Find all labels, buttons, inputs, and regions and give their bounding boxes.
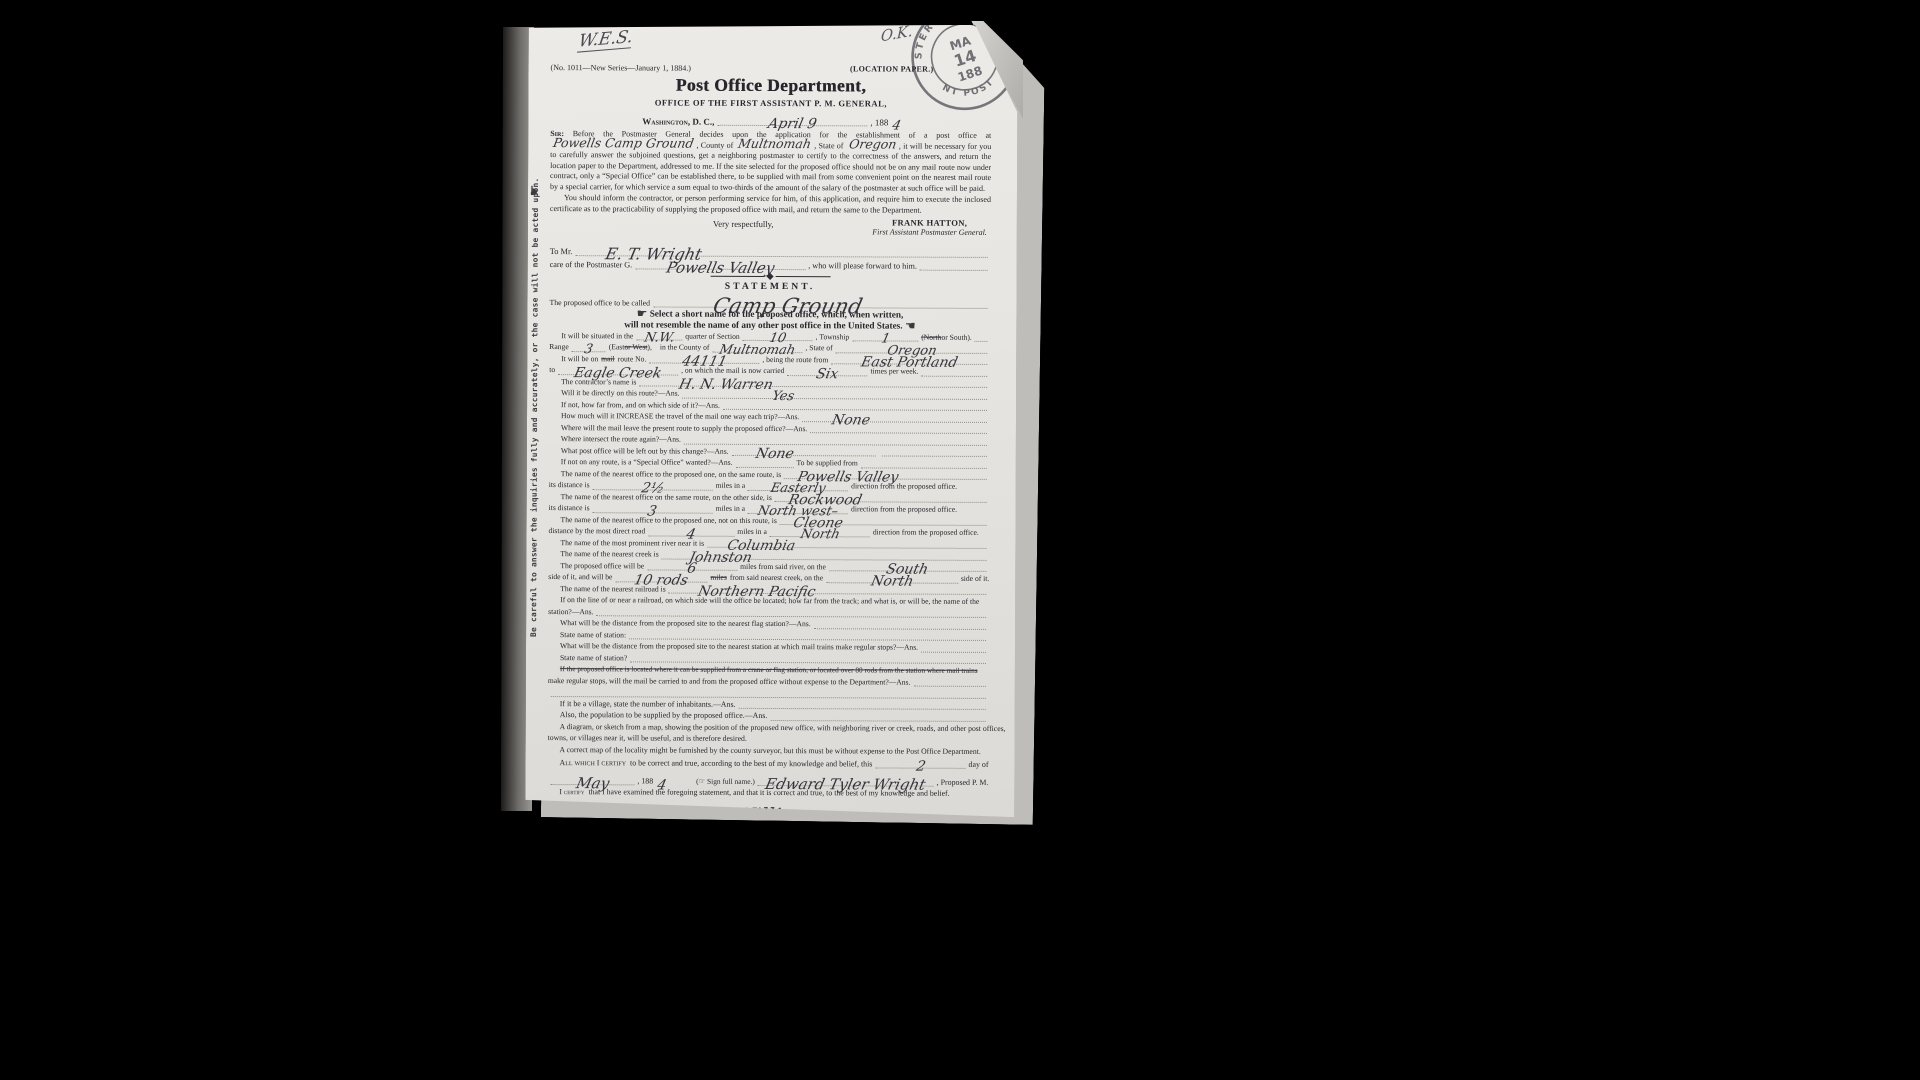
answer-slot: South (829, 561, 986, 572)
printed-text-struck: mail (598, 353, 615, 364)
margin-warning-note: Be careful to answer the inquiries fully… (529, 219, 540, 637)
answer-slot: East Portland (831, 354, 987, 365)
printed-text: The name of the most prominent river nea… (548, 537, 704, 549)
printed-text: its distance is (549, 502, 590, 513)
printed-text: Where intersect the route again?—Ans. (549, 433, 681, 445)
printed-text: quarter of Section (685, 331, 739, 342)
over-row: (OVER.) (547, 847, 988, 862)
over-label: (OVER.) (879, 850, 913, 861)
answer-slot: 44111 (649, 354, 759, 364)
handwritten-pm-signature: Edward Tyler Wright (766, 784, 926, 785)
printed-text: direction from the proposed office. (873, 527, 979, 539)
handwritten-answer: Northern Pacific (699, 592, 816, 593)
spacer (694, 62, 847, 72)
printed-text: miles in a (737, 526, 767, 537)
certify-line: All which I certify to be correct and tr… (547, 755, 988, 770)
printed-text: Also, the population to be supplied by t… (548, 709, 768, 721)
printed-text: (East (609, 342, 625, 353)
dotted-line (920, 261, 988, 271)
answer-slot: Rockwood (775, 492, 987, 503)
answer-slot: 4 (648, 526, 734, 536)
care-suffix: , who will please forward to him. (808, 260, 917, 272)
dotted-line (630, 652, 986, 664)
printed-text: What will be the distance from the propo… (548, 617, 811, 629)
printed-text: miles from said river, on the (740, 561, 826, 573)
answer-slot: Easterly (748, 480, 848, 490)
dotted-line (913, 677, 985, 687)
answer-slot: Northern Pacific (669, 584, 987, 595)
addressee-line: To Mr. E. T. Wright (550, 241, 991, 259)
scanned-document-view: W.E.S. O.K. STER GENERAL NT POST MA 14 1… (0, 0, 1920, 1080)
date-slot: April 9 (717, 116, 867, 127)
printed-text: its distance is (549, 479, 590, 490)
answer-slot (736, 457, 794, 467)
dotted-line (738, 699, 985, 710)
addressee-slot: E. T. Wright (575, 246, 987, 258)
signer-title: First Assistant Postmaster General. (872, 227, 987, 236)
printed-text: , State of (805, 343, 832, 354)
handwritten-proposed-name: Camp Ground (713, 306, 862, 307)
answer-slot: Eagle Creek (558, 365, 678, 376)
dotted-line (882, 447, 987, 457)
dotted-line (597, 606, 987, 618)
printed-text: to (549, 364, 555, 375)
printed-text: If not on any route, is a “Special Offic… (549, 456, 733, 468)
signer-block: FRANK HATTON, First Assistant Postmaster… (872, 217, 987, 236)
dotted-line (551, 687, 986, 699)
dotted-line (975, 332, 988, 342)
printed-text: The name of the nearest office to the pr… (549, 468, 781, 480)
signer-name: FRANK HATTON, (872, 217, 987, 227)
witness-state-slot: Oregon (805, 837, 985, 848)
form-line-route-to: to Eagle Creek , on which the mail is no… (549, 364, 990, 377)
dotted-line (770, 711, 985, 722)
printed-text: How much will it INCREASE the travel of … (549, 410, 799, 422)
answer-slot: 6 (647, 561, 737, 571)
month-slot: May (550, 775, 634, 785)
answer-slot: Johnston (662, 549, 987, 560)
series-note: (No. 1011—New Series—January 1, 1884.) (551, 63, 691, 73)
printed-text: The name of the nearest creek is (548, 548, 658, 560)
printed-text-struck: miles (710, 572, 727, 583)
dotted-line (723, 400, 987, 411)
office-subtitle: OFFICE OF THE FIRST ASSISTANT P. M. GENE… (550, 97, 991, 109)
location-paper-label: (LOCATION PAPER.) (850, 64, 934, 73)
printed-text: A correct map of the locality might be f… (548, 744, 981, 757)
handwritten-witness-office: Powells Valley (750, 830, 865, 831)
printed-text: or South). (941, 332, 971, 343)
answer-slot: None (802, 412, 987, 423)
dotted-line (629, 629, 986, 641)
printed-text: It will be situated in the (549, 330, 633, 342)
printed-text: If it be a village, state the number of … (548, 698, 736, 710)
very-respectfully: Very respectfully, (713, 219, 774, 229)
answer-slot: 10 (743, 331, 813, 341)
postmaster-at-label: Postmaster at (702, 821, 737, 832)
answer-slot: H. N. Warren (639, 377, 987, 389)
place-label: Washington, D. C., (642, 116, 714, 126)
answer-slot: N.W. (636, 331, 682, 341)
printed-text: , 188 (637, 775, 653, 786)
printed-text: Will it be directly on this route?—Ans. (549, 387, 679, 399)
printed-text: to be correct and true, according to the… (630, 757, 872, 769)
answer-slot: None (732, 446, 876, 457)
witness-state-row: Oregon (547, 832, 988, 849)
dotted-line (921, 642, 986, 652)
printed-text: day of (969, 759, 989, 770)
form-number-row: (No. 1011—New Series—January 1, 1884.) (… (551, 61, 992, 74)
answer-slot: Powells Valley (784, 469, 987, 480)
printed-text: direction from the proposed office. (851, 504, 957, 516)
printed-text: If not, how far from, and on which side … (549, 399, 720, 411)
care-slot: Powells Valley (635, 259, 805, 270)
answer-slot: Cleone (780, 515, 987, 526)
printed-text: The proposed office will be (548, 560, 644, 572)
printed-text: make regular stops, will the mail be car… (548, 675, 911, 688)
location-paper-page: W.E.S. O.K. STER GENERAL NT POST MA 14 1… (525, 23, 1017, 817)
dotted-line (921, 366, 987, 376)
select-note-line2: will not resemble the name of any other … (624, 319, 902, 330)
pointing-hand-left-icon: ☚ (905, 318, 916, 332)
to-label: To Mr. (550, 246, 573, 257)
intro-text-2: , County of (697, 140, 734, 149)
answer-slot: 3 (593, 503, 713, 514)
answer-slot: 2½ (593, 480, 713, 491)
dotted-line (814, 619, 987, 630)
answer-slot: Oregon (836, 343, 988, 354)
printed-text: State name of station: (548, 629, 626, 641)
printed-text: Range (549, 341, 568, 352)
answer-slot: 10 rods (615, 572, 707, 582)
answer-slot: Multnomah (712, 342, 802, 352)
answer-slot: 1 (852, 331, 918, 341)
department-title: Post Office Department, (550, 74, 991, 97)
printed-text: , Proposed P. M. (937, 777, 989, 788)
printed-text: miles in a (716, 503, 746, 514)
answer-slot: North (826, 573, 958, 584)
printed-text: from said nearest creek, on the (727, 572, 823, 584)
dotted-line (684, 434, 987, 445)
handwritten-office-name: Powells Camp Ground (550, 143, 696, 144)
called-label: The proposed office to be called (549, 297, 650, 309)
form-content: (No. 1011—New Series—January 1, 1884.) (… (547, 27, 992, 862)
printed-text: The name of the nearest office to the pr… (549, 514, 777, 526)
printed-text: side of it, and will be (548, 571, 612, 582)
printed-text: All which I certify (547, 757, 626, 769)
dotted-line (810, 423, 987, 434)
answer-slot: North (770, 527, 870, 537)
pm-signature-slot: Edward Tyler Wright (758, 776, 934, 787)
printed-text: State name of station? (548, 652, 627, 664)
printed-text: Where will the mail leave the present ro… (549, 422, 807, 434)
printed-text: towns, or villages near it, will be usef… (548, 732, 747, 744)
answer-slot: 3 (572, 342, 606, 352)
answer-slot: Six (787, 366, 867, 376)
intro-paragraph-2: You should inform the contractor, or per… (550, 193, 991, 216)
printed-text: miles in a (716, 480, 746, 491)
printed-text-struck: (North (921, 332, 941, 343)
office-name-line: The proposed office to be called Camp Gr… (549, 291, 990, 310)
intro-text-3: , State of (814, 141, 843, 150)
answer-slot: 2 (875, 759, 965, 769)
printed-text: side of it. (961, 573, 990, 584)
printed-text: route No. (615, 353, 647, 364)
year-printed: , 188 (870, 117, 888, 127)
printed-text: distance by the most direct road (548, 525, 645, 537)
printed-text: , Township (816, 331, 850, 342)
respectfully-block: Very respectfully, FRANK HATTON, First A… (550, 216, 991, 243)
date-line: Washington, D. C., April 9 , 188 4 (550, 109, 991, 128)
printed-text: station?—Ans. (548, 606, 593, 617)
dotted-line (861, 458, 987, 469)
answer-slot: Columbia (707, 538, 986, 549)
answer-slot: Yes (683, 388, 988, 399)
sign-full-name-note: (☞ Sign full name.) (696, 776, 755, 787)
office-name-slot: Camp Ground (653, 297, 988, 308)
answer-slot: North west– (748, 503, 848, 513)
form-line-map: A correct map of the locality might be f… (548, 744, 989, 757)
intro-paragraph: Sir: Before the Postmaster General decid… (550, 129, 991, 194)
printed-text: To be supplied from (797, 458, 858, 469)
printed-text: What post office will be left out by thi… (549, 445, 729, 457)
